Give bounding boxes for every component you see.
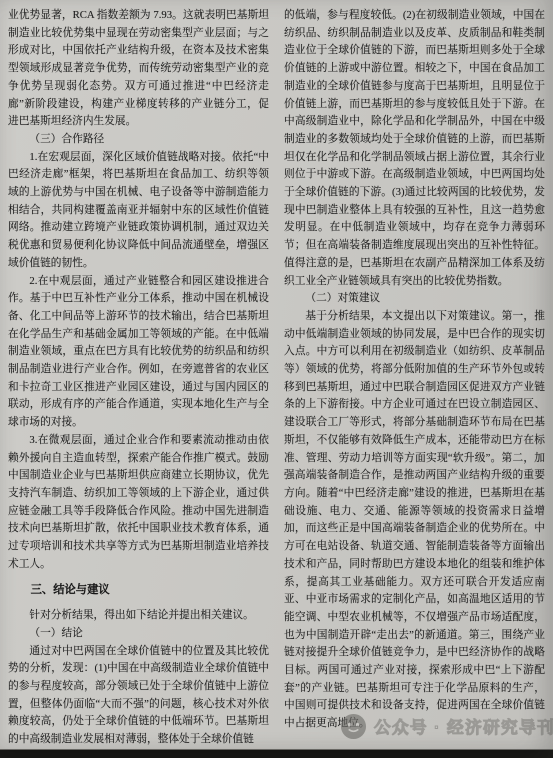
paragraph-continued: 的低端，参与程度较低。(2)在初级制造业领域，中国在纺织品、纺织制品制造业以及皮… — [284, 7, 545, 290]
right-column: 的低端，参与程度较低。(2)在初级制造业领域，中国在纺织品、纺织制品制造业以及皮… — [284, 7, 545, 751]
paragraph: 基于分析结果，本文提出以下对策建议。第一，推动中低端制造业领域的协同发展，是中巴… — [284, 308, 545, 733]
paragraph: 3.在微观层面，通过企业合作和要素流动推动由依赖外援向自主造血转型，探索产能合作… — [8, 432, 269, 574]
subsection-heading: （二）对策建议 — [284, 290, 545, 308]
document-page: { "page": { "background": "#c9c8c4", "te… — [0, 0, 553, 758]
subsection-heading: （三）合作路径 — [8, 131, 269, 149]
left-column: 业优势显著，RCA 指数差额为 7.93。这就表明巴基斯坦制造业比较优势集中显现… — [8, 7, 269, 751]
paragraph: 2.在中观层面，通过产业链整合和园区建设推进合作。基于中巴互补性产业分工体系，推… — [8, 273, 269, 432]
paragraph: 1.在宏观层面，深化区域价值链战略对接。依托“中巴经济走廊”框架，将巴基斯坦在食… — [8, 149, 269, 273]
section-heading: 三、结论与建议 — [8, 582, 269, 600]
paragraph: 通过对中巴两国在全球价值链中的位置及其比较优势的分析，发现：(1)中国在中高级制… — [8, 643, 269, 749]
paragraph-continued: 业优势显著，RCA 指数差额为 7.93。这就表明巴基斯坦制造业比较优势集中显现… — [8, 7, 269, 131]
subsection-heading: （一）结论 — [8, 625, 269, 643]
scan-edge-bar — [0, 749, 553, 758]
paragraph: 针对分析结果，得出如下结论并提出相关建议。 — [8, 607, 269, 625]
